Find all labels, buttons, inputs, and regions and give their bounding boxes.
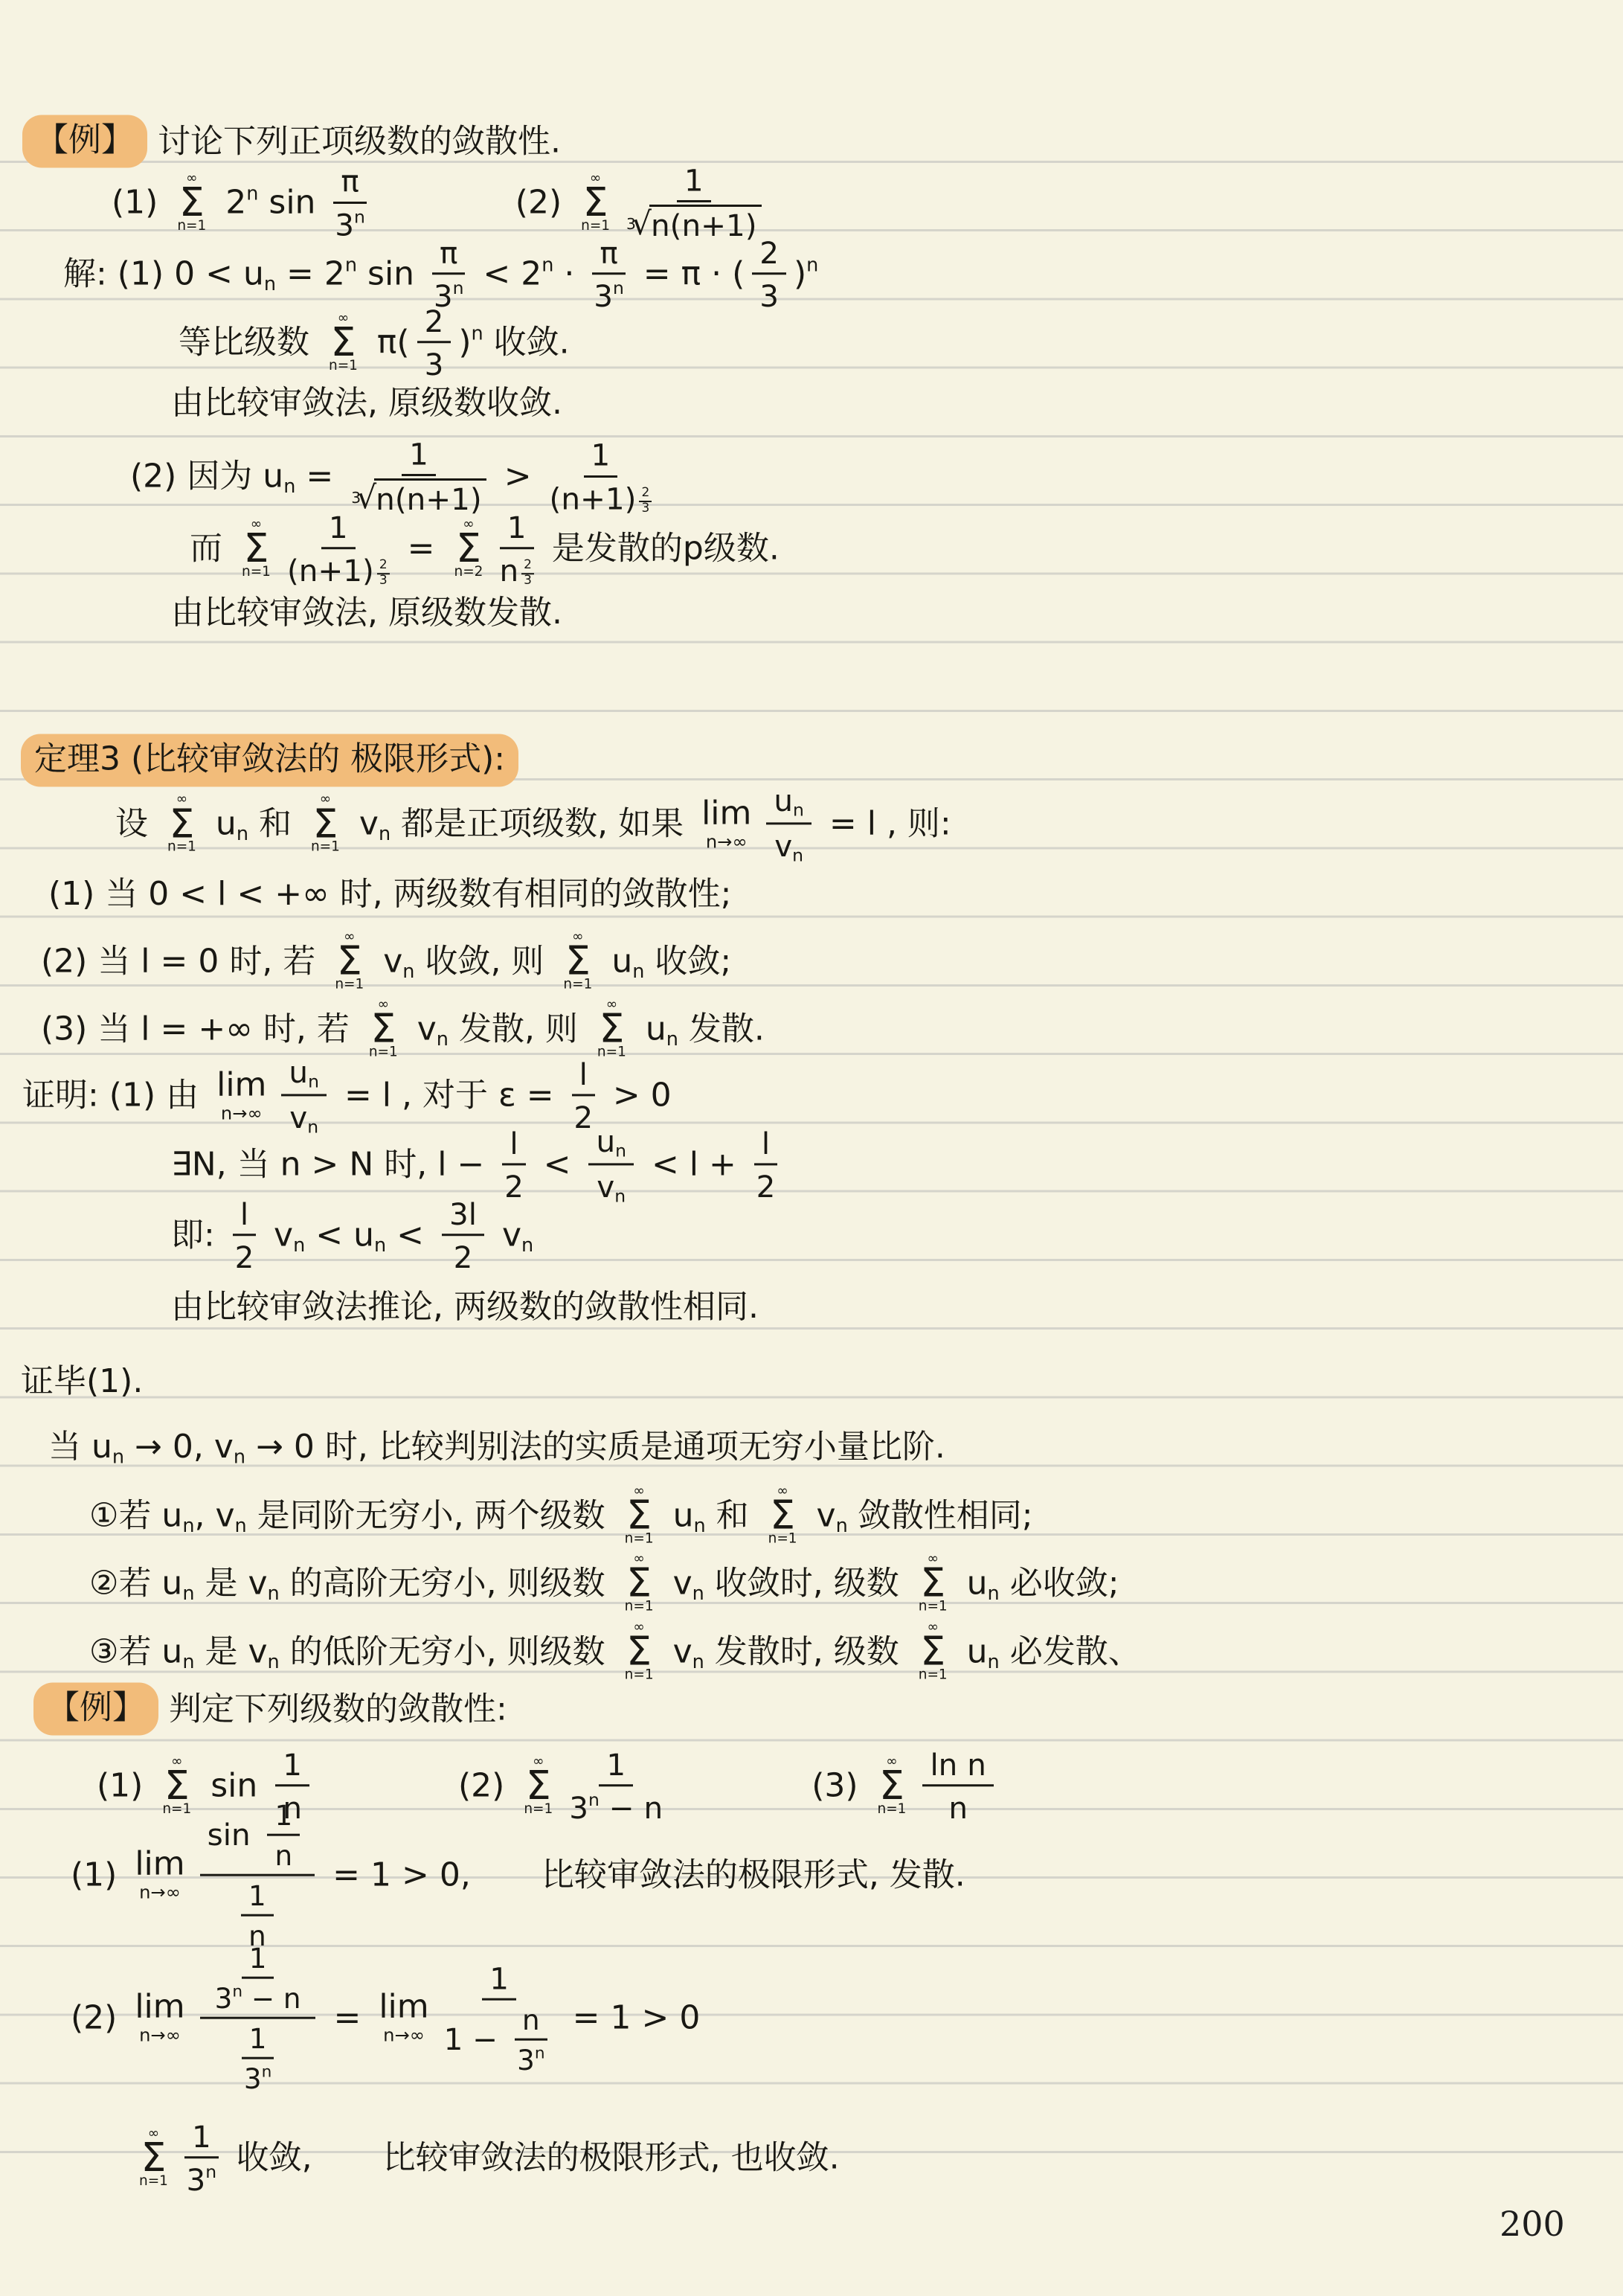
line-example1-series: (1) ∞Σn=1 2n sin π3n(2) ∞Σn=113√n(n+1) — [112, 161, 769, 243]
subscript: n — [293, 1234, 305, 1257]
line-proof-end: 证毕(1). — [21, 1359, 143, 1402]
fraction-numerator: 1 — [242, 1941, 274, 1979]
subscript: n — [614, 1186, 626, 1207]
sigma-icon: Σ — [456, 531, 481, 565]
fraction: 1(n+1)23 — [287, 508, 390, 589]
text: 是同阶无穷小, 两个级数 — [247, 1496, 616, 1534]
fraction-denominator: 3n — [187, 2159, 217, 2198]
text: < — [386, 1216, 434, 1254]
fraction-numerator: 1 — [184, 2117, 219, 2158]
text: ①若 u — [89, 1496, 182, 1534]
text: u — [601, 942, 632, 980]
fraction: 13n — [242, 2021, 274, 2095]
line-solution2-line3: 由比较审敛法, 原级数发散. — [171, 590, 562, 633]
fraction-denominator: 3 — [759, 275, 779, 314]
sigma-icon: Σ — [337, 944, 362, 978]
sigma-icon: Σ — [565, 944, 591, 978]
fraction: unvn — [588, 1122, 634, 1206]
fraction-numerator: π — [592, 234, 625, 275]
text: (2) 当 l = 0 时, 若 — [41, 942, 326, 980]
fraction-numerator: 1 — [500, 508, 534, 549]
subscript: n — [693, 1515, 705, 1537]
text: 当 u — [48, 1428, 112, 1466]
text: 3 — [215, 1982, 233, 2015]
text: (1) — [71, 1856, 127, 1894]
text: v — [663, 1632, 692, 1670]
text: = — [295, 458, 344, 496]
subscript: n — [237, 823, 248, 845]
text: 敛散性相同; — [848, 1496, 1033, 1534]
text: < 2 — [472, 255, 541, 293]
fraction-numerator: 1 — [267, 1798, 300, 1836]
exponent-denominator: 3 — [379, 574, 388, 588]
fraction-numerator: 2 — [417, 302, 451, 343]
sigma-icon: Σ — [331, 325, 356, 359]
subscript: n — [792, 845, 803, 866]
sum-lower-limit: n=1 — [768, 1533, 797, 1546]
fraction: n3n — [515, 2003, 547, 2077]
fraction-numerator: 1 — [241, 1879, 274, 1917]
notebook-page: { "page": { "number": "200" }, "colors":… — [0, 0, 1623, 2296]
sum-lower-limit: n=1 — [177, 219, 206, 233]
superscript: n — [472, 322, 483, 344]
summation-symbol: ∞Σn=1 — [329, 312, 358, 373]
exponent-numerator: 2 — [521, 559, 534, 574]
text: 判定下列级数的敛散性: — [158, 1690, 507, 1728]
fraction-denominator: vn — [774, 825, 803, 866]
sum-lower-limit: n=1 — [563, 978, 592, 992]
text: 发散, 则 — [449, 1010, 588, 1048]
sum-lower-limit: n=1 — [919, 1600, 948, 1614]
text: 3 — [187, 2162, 206, 2198]
text: 1 — [248, 1879, 266, 1912]
root-degree: 3 — [351, 490, 361, 507]
text: 是 v — [195, 1632, 268, 1670]
text: 设 — [115, 805, 158, 843]
text: l — [579, 1056, 588, 1092]
superscript: n — [541, 254, 553, 276]
text: 2 — [756, 1169, 776, 1205]
text: 2 — [215, 184, 246, 222]
text: u — [957, 1632, 988, 1670]
subscript: n — [437, 1028, 449, 1051]
summation-symbol: ∞Σn=1 — [242, 518, 271, 580]
line-example2-header: 【例】 判定下列级数的敛散性: — [33, 1683, 507, 1736]
text: π — [600, 235, 617, 271]
subscript: n — [836, 1515, 848, 1537]
subscript: n — [182, 1582, 194, 1605]
text: 由比较审敛法, 原级数发散. — [171, 594, 562, 632]
text: π( — [367, 324, 410, 362]
text: v — [407, 1010, 437, 1048]
fraction-numerator: 1 — [321, 508, 356, 549]
text: = 1 > 0 — [562, 1999, 701, 2037]
text: (1) 当 0 < l < +∞ 时, 两级数有相同的敛散性; — [48, 875, 732, 913]
line-solution2-line1: (2) 因为 un = 13√n(n+1) > 1(n+1)23 — [130, 435, 659, 517]
text: · — [553, 255, 585, 293]
text: 发散时, 级数 — [704, 1632, 910, 1670]
line-remark-1: ①若 un, vn 是同阶无穷小, 两个级数 ∞Σn=1 un 和 ∞Σn=1 … — [89, 1485, 1033, 1547]
summation-symbol: ∞Σn=1 — [919, 1553, 948, 1614]
text: (1) — [112, 184, 168, 222]
text: l — [762, 1126, 770, 1161]
sum-lower-limit: n=2 — [454, 565, 483, 579]
text: 3 — [517, 2044, 535, 2077]
fraction: 13√n(n+1) — [626, 161, 762, 243]
text: sin — [208, 1817, 260, 1853]
fraction-numerator: 1 — [584, 436, 618, 477]
fraction-numerator: 1 — [677, 161, 711, 202]
lim-lower: n→∞ — [139, 2027, 181, 2045]
summation-symbol: ∞Σn=1 — [177, 172, 206, 234]
text: 3l — [449, 1196, 477, 1232]
summation-symbol: ∞Σn=2 — [454, 518, 483, 580]
sigma-icon: Σ — [599, 1012, 624, 1046]
text: 3 — [759, 278, 779, 314]
fraction-denominator: 1 − n3n — [444, 2001, 555, 2077]
fraction-numerator: π — [333, 162, 366, 203]
text: 1 − — [444, 2021, 507, 2057]
limit-symbol: limn→∞ — [135, 1848, 184, 1902]
fraction-numerator: sin 1n — [200, 1798, 315, 1876]
text: → 0, v — [124, 1428, 234, 1466]
text: 收敛; — [644, 942, 731, 980]
text: 而 — [190, 530, 233, 568]
text: 1 — [409, 437, 428, 472]
subscript: n — [235, 1515, 247, 1537]
sum-lower-limit: n=1 — [242, 565, 271, 579]
lim-word: lim — [216, 1068, 266, 1101]
text: 1 — [507, 510, 527, 545]
line-example2-sol1: (1) limn→∞sin 1n1n = 1 > 0,比较审敛法的极限形式, 发… — [71, 1798, 965, 1952]
lim-word: lim — [379, 1991, 428, 2024]
text: v — [263, 1216, 293, 1254]
summation-symbol: ∞Σn=1 — [768, 1485, 797, 1547]
line-example2-sol2: (2) limn→∞13n − n13n = limn→∞11 − n3n = … — [71, 1941, 700, 2095]
text: 都是正项级数, 如果 — [391, 805, 694, 843]
superscript: n — [246, 182, 258, 205]
text: 2 — [425, 304, 444, 339]
fraction: 23 — [752, 234, 786, 314]
fraction-numerator: 1 — [242, 2021, 274, 2059]
text: 是发散的p级数. — [541, 530, 780, 568]
fraction-denominator: 2 — [235, 1237, 254, 1275]
fraction: 13√n(n+1) — [351, 435, 486, 517]
text: < u — [305, 1216, 374, 1254]
superscript: n — [613, 278, 624, 298]
text: (2) — [71, 1999, 127, 2037]
fraction: sin 1n1n — [200, 1798, 315, 1952]
fraction-numerator: 1 — [482, 1959, 516, 2000]
fraction-denominator: 2 — [756, 1166, 776, 1205]
exponent-denominator: 3 — [524, 574, 532, 588]
subscript: n — [988, 1582, 1000, 1605]
text: = π · ( — [633, 255, 745, 293]
line-remark-2: ②若 un 是 vn 的高阶无穷小, 则级数 ∞Σn=1 vn 收敛时, 级数 … — [89, 1553, 1119, 1614]
line-theorem3-case1: (1) 当 0 < l < +∞ 时, 两级数有相同的敛散性; — [48, 871, 732, 914]
text: 和 — [248, 805, 302, 843]
text: 1 — [329, 510, 348, 545]
line-theorem3-setup: 设 ∞Σn=1 un 和 ∞Σn=1 vn 都是正项级数, 如果 limn→∞u… — [115, 781, 951, 865]
text: 1 — [274, 1799, 292, 1832]
text: = — [397, 530, 446, 568]
line-theorem3-case2: (2) 当 l = 0 时, 若 ∞Σn=1 vn 收敛, 则 ∞Σn=1 un… — [41, 931, 731, 993]
highlighted-text: 【例】 — [22, 115, 147, 168]
line-solution1-line2: 等比级数 ∞Σn=1 π(23)n 收敛. — [179, 302, 570, 382]
fraction: 13n — [184, 2117, 219, 2198]
sigma-icon: Σ — [141, 2141, 167, 2175]
text: 3 — [425, 347, 444, 382]
text: u — [289, 1054, 308, 1090]
text: v — [774, 828, 792, 864]
text: (3) 当 l = +∞ 时, 若 — [41, 1010, 360, 1048]
sum-lower-limit: n=1 — [329, 359, 358, 373]
text: u — [957, 1564, 988, 1602]
summation-symbol: ∞Σn=1 — [139, 2127, 168, 2189]
summation-symbol: ∞Σn=1 — [597, 998, 626, 1060]
line-proof-line3: 即: l2 vn < un < 3l2 vn — [171, 1195, 533, 1275]
fraction-numerator: 3l — [442, 1195, 484, 1236]
fraction-denominator: vn — [597, 1166, 626, 1207]
fraction: 23 — [417, 302, 451, 382]
text: 1 — [192, 2119, 211, 2155]
text: 1 — [684, 163, 704, 199]
fraction-denominator: 3 — [425, 344, 444, 382]
sigma-icon: Σ — [626, 1635, 652, 1669]
lim-word: lim — [135, 1991, 184, 2024]
summation-symbol: ∞Σn=1 — [625, 1621, 654, 1683]
fraction: l2 — [233, 1195, 256, 1275]
text: = l , 对于 ε = — [334, 1077, 565, 1115]
sum-lower-limit: n=1 — [139, 2175, 168, 2188]
limit-symbol: limn→∞ — [135, 1991, 184, 2045]
highlighted-text: 【例】 — [33, 1683, 158, 1736]
text: (2) 因为 u — [130, 458, 283, 496]
text: ) — [458, 324, 471, 362]
text: u — [205, 805, 237, 843]
text: 1 — [489, 1960, 509, 1996]
lim-lower: n→∞ — [706, 833, 748, 850]
line-proof-line4: 由比较审敛法推论, 两级数的敛散性相同. — [171, 1284, 759, 1327]
text: 2 — [454, 1240, 473, 1275]
fraction-numerator: l — [572, 1055, 595, 1096]
text: − n — [242, 1982, 301, 2015]
text: 和 — [706, 1496, 759, 1534]
text: π — [440, 235, 457, 271]
subscript: n — [268, 1582, 280, 1605]
fraction: π3n — [592, 234, 625, 314]
subscript: n — [268, 1651, 280, 1673]
text: < — [533, 1146, 582, 1184]
text: 的高阶无穷小, 则级数 — [280, 1564, 616, 1602]
text: 比较审敛法的极限形式, 也收敛. — [383, 2139, 840, 2177]
limit-symbol: limn→∞ — [216, 1068, 266, 1122]
fraction-numerator: ln n — [922, 1745, 993, 1786]
text: ln n — [930, 1747, 986, 1783]
sigma-icon: Σ — [583, 185, 608, 219]
text: = l , 则: — [819, 805, 951, 843]
summation-symbol: ∞Σn=1 — [335, 931, 364, 993]
line-theorem3-case3: (3) 当 l = +∞ 时, 若 ∞Σn=1 vn 发散, 则 ∞Σn=1 u… — [41, 998, 765, 1060]
line-example1-header: 【例】 讨论下列正项级数的敛散性. — [22, 115, 561, 168]
sigma-icon: Σ — [170, 807, 195, 841]
text: (2) — [515, 184, 572, 222]
text: sin — [357, 255, 425, 293]
text: 必收敛; — [1000, 1564, 1119, 1602]
fraction: 13n − n13n — [200, 1941, 316, 2095]
text: 比较审敛法的极限形式, 发散. — [541, 1856, 965, 1894]
summation-symbol: ∞Σn=1 — [581, 172, 610, 234]
superscript: n — [354, 206, 365, 227]
text: = 1 > 0, — [322, 1856, 471, 1894]
lim-word: lim — [135, 1848, 184, 1881]
text: 1 — [283, 1747, 302, 1783]
text: 1 — [249, 2022, 267, 2055]
subscript: n — [264, 273, 276, 295]
subscript: n — [402, 961, 414, 983]
text: 等比级数 — [179, 324, 320, 362]
sigma-icon: Σ — [920, 1566, 945, 1600]
fraction-numerator: l — [233, 1195, 256, 1236]
fraction-numerator: l — [502, 1124, 525, 1165]
text: u — [663, 1496, 694, 1534]
text: 3 — [594, 278, 613, 314]
sum-lower-limit: n=1 — [919, 1669, 948, 1682]
fraction-numerator: 1 — [599, 1745, 633, 1786]
text: n — [522, 2004, 540, 2036]
fraction: l2 — [754, 1124, 777, 1205]
text: u — [774, 783, 793, 818]
subscript: n — [988, 1651, 1000, 1673]
subscript: n — [182, 1651, 194, 1673]
text: v — [663, 1564, 692, 1602]
fraction-numerator: 13n − n — [200, 1941, 316, 2019]
text: ∃N, 当 n > N 时, l − — [171, 1146, 495, 1184]
sum-lower-limit: n=1 — [625, 1533, 654, 1546]
text: 是 v — [195, 1564, 268, 1602]
sigma-icon: Σ — [179, 185, 205, 219]
text: 1 — [591, 437, 611, 473]
root-degree: 3 — [626, 216, 636, 233]
text: ) — [794, 255, 806, 293]
subscript: n — [182, 1515, 194, 1537]
lim-lower: n→∞ — [139, 1884, 181, 1902]
lim-lower: n→∞ — [383, 2027, 425, 2045]
fraction-denominator: n — [275, 1836, 293, 1872]
limit-symbol: limn→∞ — [701, 797, 751, 850]
fraction: π3n — [333, 162, 366, 243]
superscript: n — [453, 278, 464, 298]
fraction: 1(n+1)23 — [550, 436, 652, 516]
text: → 0 时, 比较判别法的实质是通项无穷小量比阶. — [245, 1428, 945, 1466]
fraction-numerator: 2 — [752, 234, 786, 275]
text: 1 — [249, 1942, 267, 1975]
text: 1 — [606, 1747, 626, 1783]
summation-symbol: ∞Σn=1 — [919, 1621, 948, 1683]
subscript: n — [666, 1028, 678, 1051]
subscript: n — [283, 475, 295, 498]
text: v — [806, 1496, 836, 1534]
fraction: 1n23 — [499, 508, 533, 589]
sigma-icon: Σ — [626, 1498, 652, 1533]
lim-word: lim — [701, 797, 751, 830]
summation-symbol: ∞Σn=1 — [167, 793, 196, 855]
sum-lower-limit: n=1 — [581, 219, 610, 233]
fraction-denominator: 3n — [244, 2059, 271, 2094]
fraction: 13n − n — [215, 1941, 301, 2015]
fraction-numerator: π — [432, 234, 465, 275]
sum-lower-limit: n=1 — [335, 978, 364, 992]
line-remark-3: ③若 un 是 vn 的低阶无穷小, 则级数 ∞Σn=1 vn 发散时, 级数 … — [89, 1621, 1141, 1683]
summation-symbol: ∞Σn=1 — [311, 793, 340, 855]
fraction-denominator: 3n − n — [215, 1979, 301, 2015]
fraction-numerator: 1 — [402, 435, 436, 476]
text: l — [510, 1126, 518, 1161]
limit-symbol: limn→∞ — [379, 1991, 428, 2045]
text: = — [323, 1999, 371, 2037]
text: n — [275, 1839, 293, 1872]
fraction-numerator: un — [766, 781, 811, 824]
text: 2 — [759, 235, 779, 271]
text: 讨论下列正项级数的敛散性. — [147, 123, 561, 161]
text: sin — [258, 184, 326, 222]
sigma-icon: Σ — [626, 1566, 652, 1600]
text: > — [494, 458, 542, 496]
text: v — [597, 1169, 614, 1205]
subscript: n — [521, 1234, 533, 1257]
subscript: n — [374, 1234, 386, 1257]
summation-symbol: ∞Σn=1 — [625, 1553, 654, 1614]
text: 由比较审敛法推论, 两级数的敛散性相同. — [171, 1288, 759, 1326]
line-remark-intro: 当 un → 0, vn → 0 时, 比较判别法的实质是通项无穷小量比阶. — [48, 1425, 945, 1470]
sum-lower-limit: n=1 — [625, 1669, 654, 1682]
text: v — [373, 942, 402, 980]
text: (n+1) — [287, 553, 374, 589]
summation-symbol: ∞Σn=1 — [369, 998, 398, 1060]
line-example2-sol3: ∞Σn=113n 收敛,比较审敛法的极限形式, 也收敛. — [130, 2117, 840, 2198]
text: < l + — [641, 1146, 747, 1184]
subscript: n — [793, 800, 804, 821]
subscript: n — [379, 823, 391, 845]
text: ②若 u — [89, 1564, 182, 1602]
text: ③若 u — [89, 1632, 182, 1670]
subscript: n — [308, 1071, 319, 1092]
text: v — [349, 805, 379, 843]
fraction-numerator: un — [281, 1053, 327, 1096]
line-theorem3-title: 定理3 (比较审敛法的 极限形式): — [21, 734, 518, 787]
text: 收敛. — [483, 324, 570, 362]
superscript: n — [262, 2062, 272, 2081]
text: 解: (1) 0 < u — [63, 255, 264, 293]
text: 证毕(1). — [21, 1362, 143, 1400]
page-number: 200 — [1500, 2204, 1565, 2244]
fraction-numerator: l — [754, 1124, 777, 1165]
sigma-icon: Σ — [313, 807, 338, 841]
exponent-numerator: 2 — [377, 559, 390, 574]
fraction-denominator: 3n — [517, 2041, 544, 2077]
fraction-numerator: n — [515, 2003, 547, 2041]
exponent-numerator: 2 — [639, 487, 652, 502]
text: 的低阶无穷小, 则级数 — [280, 1632, 616, 1670]
text: 收敛, 则 — [414, 942, 554, 980]
sum-lower-limit: n=1 — [625, 1600, 654, 1614]
text: 3 — [244, 2062, 262, 2095]
sigma-icon: Σ — [244, 531, 269, 565]
line-proof-line2: ∃N, 当 n > N 时, l − l2 < unvn < l + l2 — [171, 1122, 785, 1206]
text: v — [492, 1216, 521, 1254]
sigma-icon: Σ — [770, 1498, 795, 1533]
superscript: n — [535, 2044, 545, 2062]
